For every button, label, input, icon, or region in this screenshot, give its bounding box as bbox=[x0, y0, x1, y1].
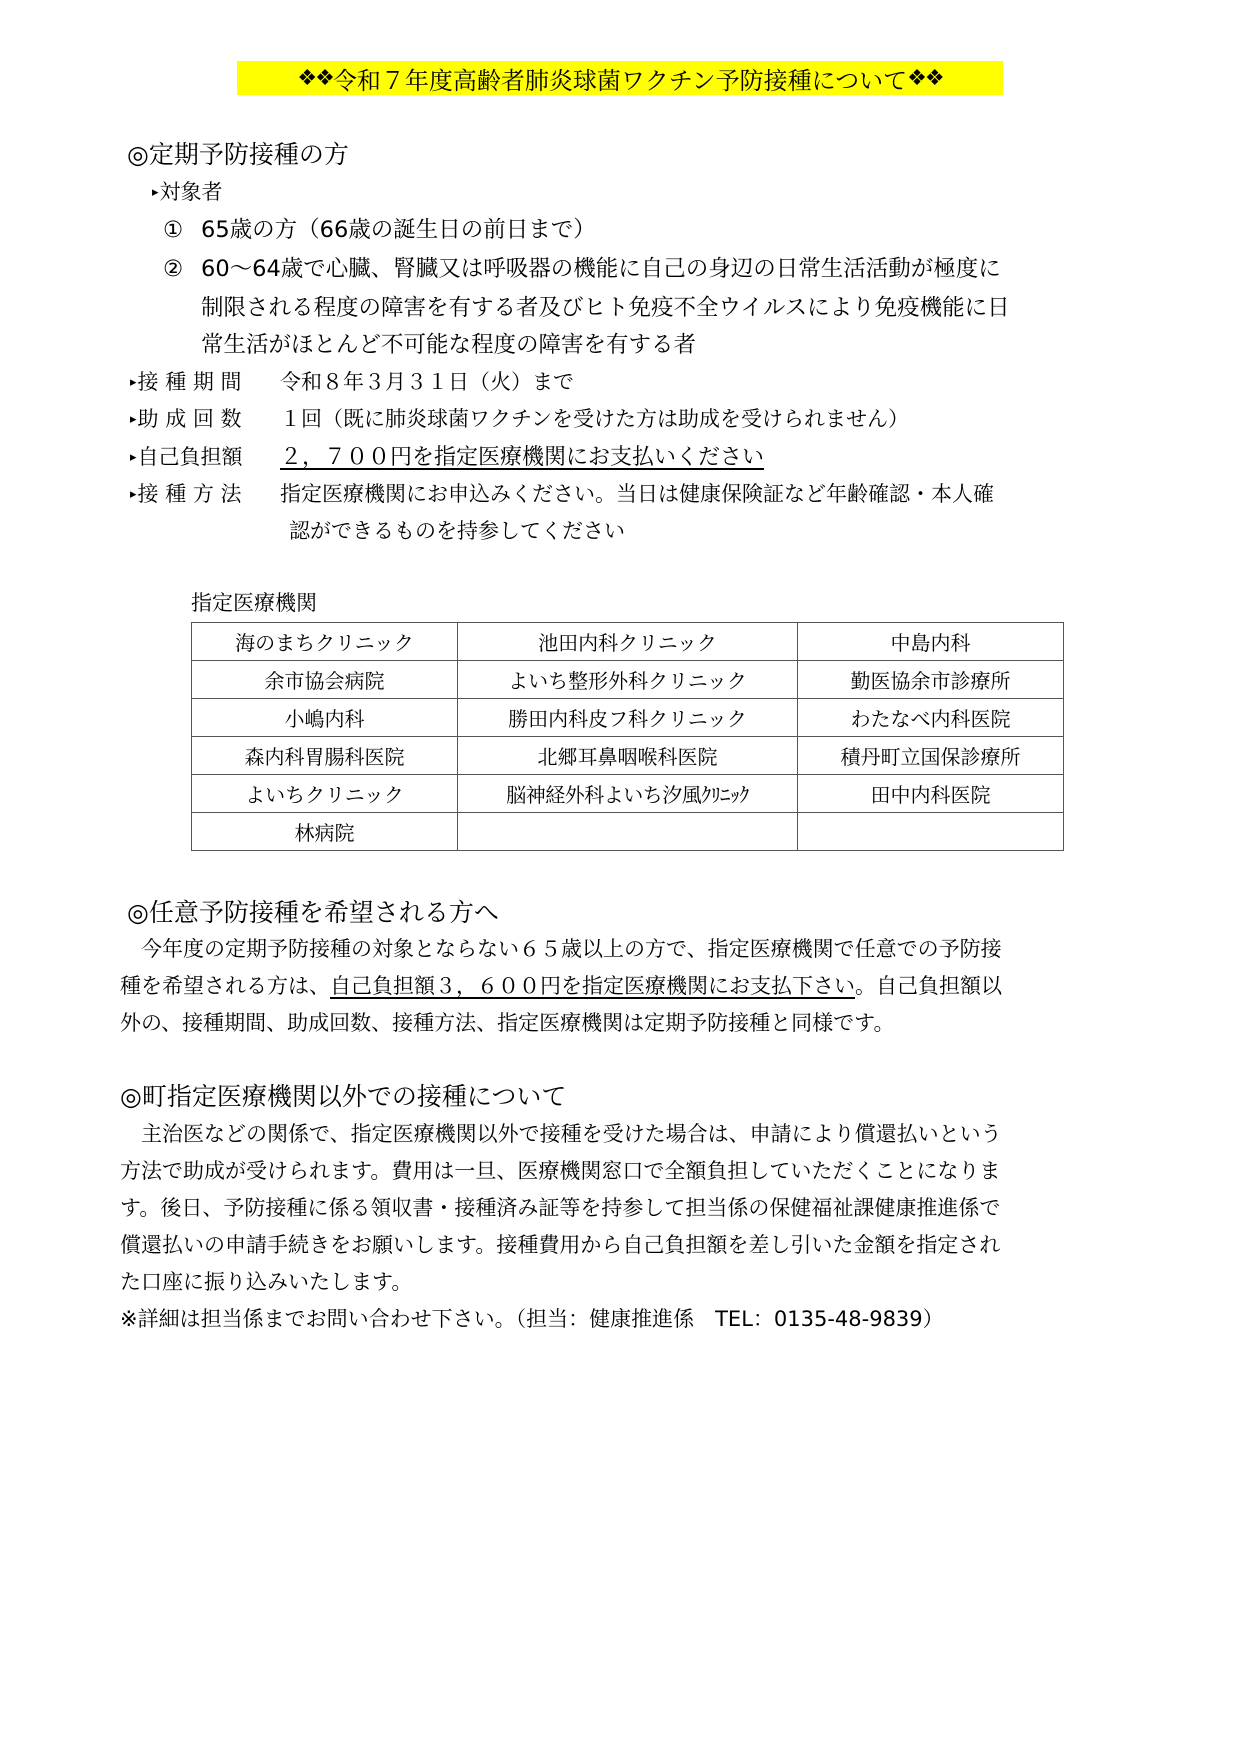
table-row: 海のまちクリニック 池田内科クリニック 中島内科 bbox=[192, 623, 1064, 661]
table-cell: 脳神経外科よいち汐風ｸﾘﾆｯｸ bbox=[458, 775, 798, 813]
copayment-amount: ２，７００円を指定医療機関にお支払いください bbox=[280, 445, 764, 470]
table-cell: わたなべ内科医院 bbox=[798, 699, 1064, 737]
detail-vaccination-period: ▸接 種 期 間令和８年３月３１日（火）まで bbox=[130, 366, 574, 396]
paragraph-line: 主治医などの関係で、指定医療機関以外で接種を受けた場合は、申請により償還払いとい… bbox=[120, 1116, 1100, 1153]
contact-note: ※詳細は担当係までお問い合わせ下さい。（担当：健康推進係 TEL：0135-48… bbox=[120, 1301, 1100, 1338]
target-item-2-line-2: 制限される程度の障害を有する者及びヒト免疫不全ウイルスにより免疫機能に日 bbox=[201, 290, 1010, 322]
section-heading-regular-vaccination: ◎定期予防接種の方 bbox=[127, 135, 349, 171]
table-cell: 中島内科 bbox=[798, 623, 1064, 661]
circled-number-2: ② bbox=[163, 256, 201, 282]
table-cell: 林病院 bbox=[192, 813, 458, 851]
table-cell: 積丹町立国保診療所 bbox=[798, 737, 1064, 775]
table-cell bbox=[798, 813, 1064, 851]
table-row: 小嶋内科 勝田内科皮フ科クリニック わたなべ内科医院 bbox=[192, 699, 1064, 737]
table-row: 森内科胃腸科医院 北郷耳鼻咽喉科医院 積丹町立国保診療所 bbox=[192, 737, 1064, 775]
target-item-2-line-3: 常生活がほとんど不可能な程度の障害を有する者 bbox=[201, 327, 696, 359]
table-cell: 北郷耳鼻咽喉科医院 bbox=[458, 737, 798, 775]
detail-copayment: ▸自己負担額２，７００円を指定医療機関にお支払いください bbox=[130, 440, 764, 471]
table-cell: 小嶋内科 bbox=[192, 699, 458, 737]
table-cell bbox=[458, 813, 798, 851]
detail-subsidy-count: ▸助 成 回 数１回（既に肺炎球菌ワクチンを受けた方は助成を受けられません） bbox=[130, 403, 909, 433]
table-cell: よいち整形外科クリニック bbox=[458, 661, 798, 699]
bullet-triangle-icon: ▸ bbox=[130, 450, 137, 465]
section-heading-non-designated-institutions: ◎町指定医療機関以外での接種について bbox=[120, 1077, 566, 1113]
table-row: 林病院 bbox=[192, 813, 1064, 851]
document-title: ❖❖ 令和７年度高齢者肺炎球菌ワクチン予防接種について ❖❖ bbox=[237, 61, 1003, 95]
detail-vaccination-method: ▸接 種 方 法指定医療機関にお申込みください。当日は健康保険証など年齢確認・本… bbox=[130, 478, 994, 508]
table-cell: 森内科胃腸科医院 bbox=[192, 737, 458, 775]
bullet-triangle-icon: ▸ bbox=[152, 185, 159, 200]
title-text: 令和７年度高齢者肺炎球菌ワクチン予防接種について bbox=[333, 61, 907, 96]
table-cell: 田中内科医院 bbox=[798, 775, 1064, 813]
diamond-ornament-icon: ❖❖ bbox=[907, 66, 942, 91]
table-cell: 勝田内科皮フ科クリニック bbox=[458, 699, 798, 737]
target-item-1: ①65歳の方（66歳の誕生日の前日まで） bbox=[163, 212, 596, 244]
paragraph-line: 今年度の定期予防接種の対象とならない６５歳以上の方で、指定医療機関で任意での予防… bbox=[120, 931, 1100, 968]
optional-vaccination-paragraph: 今年度の定期予防接種の対象とならない６５歳以上の方で、指定医療機関で任意での予防… bbox=[120, 931, 1100, 1042]
bullet-triangle-icon: ▸ bbox=[130, 487, 137, 502]
diamond-ornament-icon: ❖❖ bbox=[297, 66, 332, 91]
paragraph-line: 償還払いの申請手続きをお願いします。接種費用から自己負担額を差し引いた金額を指定… bbox=[120, 1227, 1100, 1264]
paragraph-line: 種を希望される方は、自己負担額３，６００円を指定医療機関にお支払下さい。自己負担… bbox=[120, 968, 1100, 1005]
table-row: 余市協会病院 よいち整形外科クリニック 勤医協余市診療所 bbox=[192, 661, 1064, 699]
section-heading-optional-vaccination: ◎任意予防接種を希望される方へ bbox=[127, 893, 499, 929]
target-label: ▸対象者 bbox=[152, 176, 223, 206]
non-designated-paragraph: 主治医などの関係で、指定医療機関以外で接種を受けた場合は、申請により償還払いとい… bbox=[120, 1116, 1100, 1338]
paragraph-line: す。後日、予防接種に係る領収書・接種済み証等を持参して担当係の保健福祉課健康推進… bbox=[120, 1190, 1100, 1227]
table-cell: 勤医協余市診療所 bbox=[798, 661, 1064, 699]
table-row: よいちクリニック 脳神経外科よいち汐風ｸﾘﾆｯｸ 田中内科医院 bbox=[192, 775, 1064, 813]
optional-copayment-amount: 自己負担額３，６００円を指定医療機関にお支払下さい bbox=[330, 974, 855, 998]
institutions-caption: 指定医療機関 bbox=[191, 587, 317, 617]
detail-vaccination-method-line-2: 認ができるものを持参してください bbox=[289, 515, 625, 545]
target-item-2: ②60～64歳で心臓、腎臓又は呼吸器の機能に自己の身辺の日常生活活動が極度に bbox=[163, 251, 1001, 283]
table-cell: 池田内科クリニック bbox=[458, 623, 798, 661]
table-cell: 海のまちクリニック bbox=[192, 623, 458, 661]
paragraph-line: た口座に振り込みいたします。 bbox=[120, 1264, 1100, 1301]
circled-number-1: ① bbox=[163, 217, 201, 243]
bullet-triangle-icon: ▸ bbox=[130, 375, 137, 390]
table-cell: よいちクリニック bbox=[192, 775, 458, 813]
institutions-table: 海のまちクリニック 池田内科クリニック 中島内科 余市協会病院 よいち整形外科ク… bbox=[191, 622, 1064, 851]
paragraph-line: 外の、接種期間、助成回数、接種方法、指定医療機関は定期予防接種と同様です。 bbox=[120, 1005, 1100, 1042]
paragraph-line: 方法で助成が受けられます。費用は一旦、医療機関窓口で全額負担していただくことにな… bbox=[120, 1153, 1100, 1190]
table-cell: 余市協会病院 bbox=[192, 661, 458, 699]
bullet-triangle-icon: ▸ bbox=[130, 412, 137, 427]
